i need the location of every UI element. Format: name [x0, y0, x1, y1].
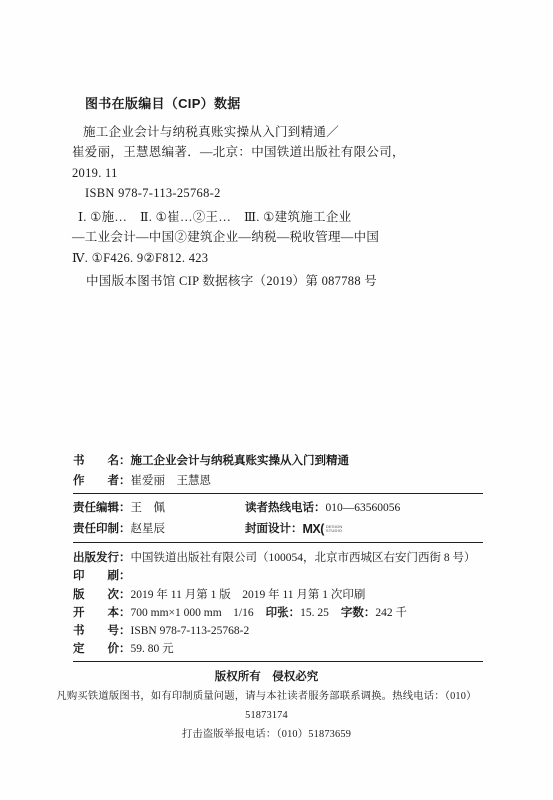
book-copyright-page: 图书在版编目（CIP）数据 施工企业会计与纳税真账实操从入门到精通／ 崔爱丽，王…: [0, 0, 553, 800]
printing-label: 印 刷：: [73, 570, 131, 582]
book-name-label: 书 名：: [73, 455, 131, 467]
publisher-label: 出版发行：: [73, 552, 131, 564]
cip-class-line-2: —工业会计—中国②建筑企业—纳税—税收管理—中国: [72, 227, 492, 248]
cover-design-logo: MX(DESIGNSTUDIO: [303, 523, 343, 535]
editor-cell: 责任编辑：王 佩: [73, 498, 245, 519]
editor-hotline-row: 责任编辑：王 佩 读者热线电话：010—63560056: [73, 498, 483, 519]
print-supervisor-cell: 责任印制：赵星辰: [73, 519, 245, 540]
cip-title-line: 施工企业会计与纳税真账实操从入门到精通／: [72, 122, 492, 143]
format-value: 700 mm×1 000 mm 1/16: [131, 607, 254, 619]
cip-author-line: 崔爱丽，王慧恩编著．—北京：中国铁道出版社有限公司，: [72, 142, 492, 163]
cover-design-label: 封面设计：: [245, 523, 303, 535]
divider-rule-1: [73, 493, 483, 494]
cip-block: 图书在版编目（CIP）数据 施工企业会计与纳税真账实操从入门到精通／ 崔爱丽，王…: [72, 94, 492, 292]
divider-rule-2: [73, 542, 483, 543]
book-name-row: 书 名：施工企业会计与纳税真账实操从入门到精通: [73, 451, 483, 471]
footer-notices: 版权所有 侵权必究 凡购买铁道版图书，如有印制质量问题，请与本社读者服务部联系调…: [40, 668, 493, 744]
copyright-notice: 版权所有 侵权必究: [40, 668, 493, 687]
cip-record-line: 中国版本图书馆 CIP 数据核字（2019）第 087788 号: [72, 271, 492, 292]
logo-subtext: DESIGNSTUDIO: [326, 525, 343, 534]
sheets-label: 印张：: [266, 607, 301, 619]
words-value: 242 千: [375, 607, 407, 619]
edition-label: 版 次：: [73, 589, 131, 601]
hotline-cell: 读者热线电话：010—63560056: [245, 498, 483, 519]
hotline-label: 读者热线电话：: [245, 502, 326, 514]
divider-rule-3: [73, 661, 483, 662]
price-value: 59. 80 元: [131, 643, 174, 655]
colophon-block: 书 名：施工企业会计与纳税真账实操从入门到精通 作 者：崔爱丽 王慧恩 责任编辑…: [73, 451, 483, 662]
editor-value: 王 佩: [131, 502, 166, 514]
author-label: 作 者：: [73, 475, 131, 487]
format-label: 开 本：: [73, 607, 131, 619]
author-value: 崔爱丽 王慧恩: [131, 475, 212, 487]
hotline-value: 010—63560056: [326, 502, 401, 514]
author-row: 作 者：崔爱丽 王慧恩: [73, 471, 483, 491]
sheets-value: 15. 25: [300, 607, 329, 619]
book-number-value: ISBN 978-7-113-25768-2: [131, 625, 250, 637]
cip-class-line-3: Ⅳ. ①F426. 9②F812. 423: [72, 248, 492, 269]
print-supervisor-label: 责任印制：: [73, 523, 131, 535]
print-supervisor-value: 赵星辰: [131, 523, 166, 535]
anti-piracy-note: 打击盗版举报电话：（010）51873659: [40, 725, 493, 744]
publisher-value: 中国铁道出版社有限公司（100054，北京市西城区右安门西街 8 号）: [131, 552, 476, 564]
book-number-row: 书 号：ISBN 978-7-113-25768-2: [73, 622, 483, 640]
edition-value: 2019 年 11 月第 1 版 2019 年 11 月第 1 次印刷: [131, 589, 366, 601]
cip-class-line-1: Ⅰ. ①施… Ⅱ. ①崔…②王… Ⅲ. ①建筑施工企业: [72, 207, 492, 228]
book-name-value: 施工企业会计与纳税真账实操从入门到精通: [131, 455, 350, 467]
cover-design-cell: 封面设计：MX(DESIGNSTUDIO: [245, 519, 483, 540]
quality-exchange-note: 凡购买铁道版图书，如有印制质量问题，请与本社读者服务部联系调换。热线电话：（01…: [40, 687, 493, 725]
book-number-label: 书 号：: [73, 625, 131, 637]
cip-year-line: 2019. 11: [72, 163, 492, 184]
logo-wordmark: MX(: [303, 523, 324, 535]
cip-heading: 图书在版编目（CIP）数据: [72, 94, 492, 115]
editor-label: 责任编辑：: [73, 502, 131, 514]
price-row: 定 价：59. 80 元: [73, 640, 483, 658]
format-row: 开 本：700 mm×1 000 mm 1/16印张：15. 25字数：242 …: [73, 604, 483, 622]
price-label: 定 价：: [73, 643, 131, 655]
publisher-row: 出版发行：中国铁道出版社有限公司（100054，北京市西城区右安门西街 8 号）: [73, 549, 483, 567]
printing-row: 印 刷：: [73, 567, 483, 585]
cip-isbn-line: ISBN 978-7-113-25768-2: [72, 183, 492, 204]
edition-row: 版 次：2019 年 11 月第 1 版 2019 年 11 月第 1 次印刷: [73, 586, 483, 604]
logo-subtext-line2: STUDIO: [326, 529, 343, 534]
words-label: 字数：: [341, 607, 376, 619]
print-cover-row: 责任印制：赵星辰 封面设计：MX(DESIGNSTUDIO: [73, 519, 483, 540]
